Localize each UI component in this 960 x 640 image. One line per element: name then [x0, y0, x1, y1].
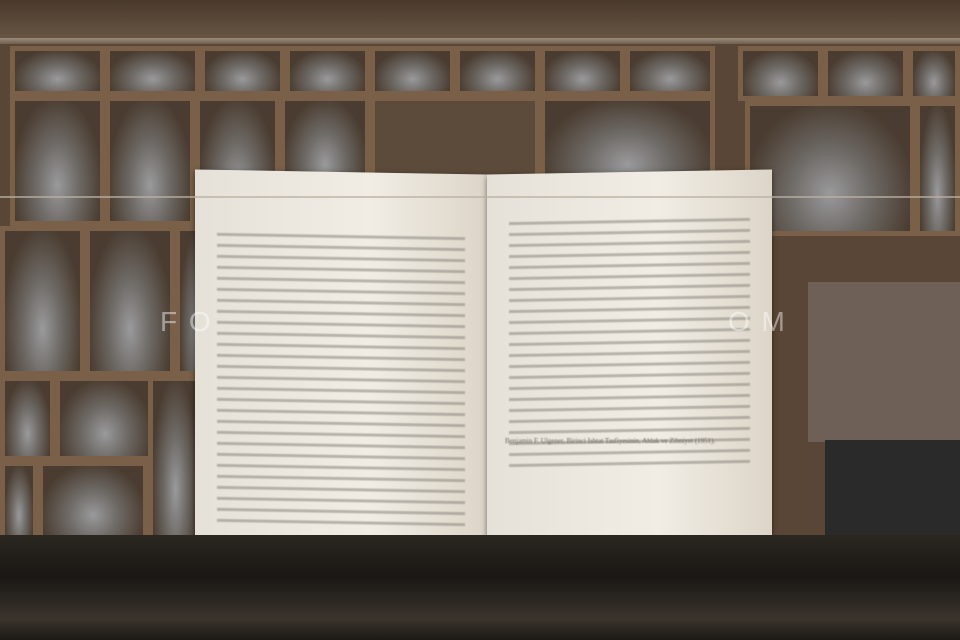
open-book: Benjamin F. Ulgener, Birinci Ishtat Tasf… — [195, 172, 775, 542]
type-compartment — [0, 226, 85, 376]
type-compartment — [823, 46, 908, 101]
type-compartment — [908, 46, 960, 101]
left-page — [195, 169, 487, 544]
type-compartment — [105, 96, 195, 226]
type-compartment — [285, 46, 370, 96]
type-compartment — [915, 101, 960, 236]
glass-reflection-line — [0, 196, 960, 198]
type-compartment — [10, 96, 105, 226]
type-compartment — [370, 46, 455, 96]
metal-plate — [808, 282, 960, 442]
type-compartment — [0, 461, 38, 541]
type-compartment — [0, 376, 55, 461]
type-compartment — [625, 46, 715, 96]
watermark-left: F O — [160, 306, 213, 338]
footnote: Benjamin F. Ulgener, Birinci Ishtat Tasf… — [505, 437, 735, 446]
type-compartment — [105, 46, 200, 96]
type-compartment — [10, 46, 105, 96]
type-compartment — [540, 46, 625, 96]
type-compartment — [455, 46, 540, 96]
type-compartment — [55, 376, 155, 461]
watermark-right: O M — [728, 306, 787, 338]
type-compartment — [738, 46, 823, 101]
type-compartment — [200, 46, 285, 96]
type-compartment — [85, 226, 175, 376]
right-page — [487, 170, 772, 545]
press-mechanism — [825, 440, 960, 535]
type-compartment — [38, 461, 148, 541]
front-rail — [0, 535, 960, 640]
photo-scene: Benjamin F. Ulgener, Birinci Ishtat Tasf… — [0, 0, 960, 640]
